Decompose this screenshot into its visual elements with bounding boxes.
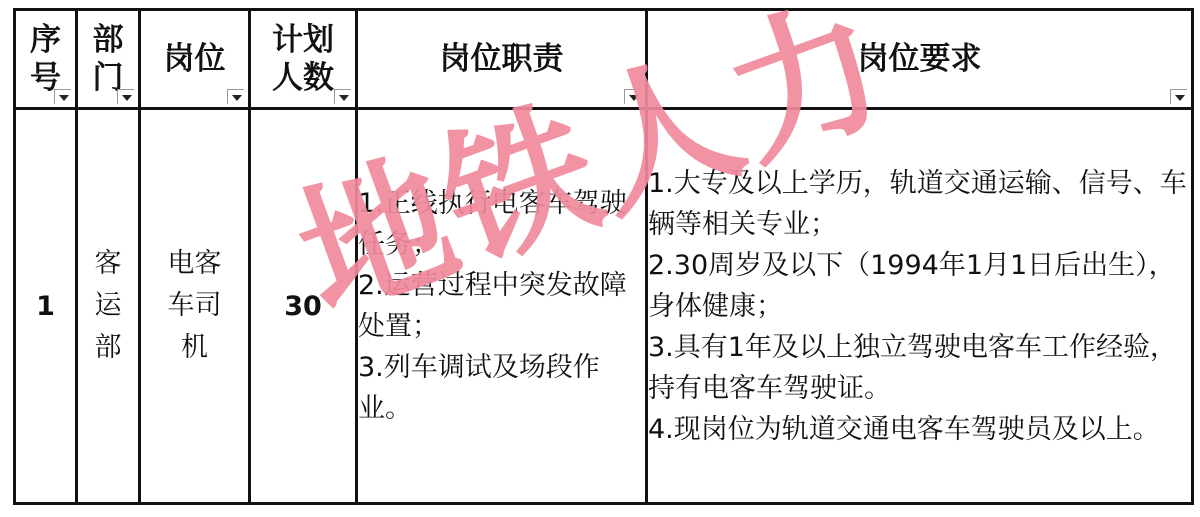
filter-dropdown-icon[interactable]: [624, 89, 641, 104]
header-planned-count: 计划人数: [250, 10, 357, 109]
header-dept-label: 部门: [93, 21, 124, 97]
cell-duties: 1.正线执行电客车驾驶任务； 2.运营过程中突发故障处置； 3.列车调试及场段作…: [357, 109, 647, 504]
filter-dropdown-icon[interactable]: [1170, 89, 1187, 104]
requirement-item: 2.30周岁及以下（1994年1月1日后出生），身体健康；: [648, 245, 1191, 327]
header-duties: 岗位职责: [357, 10, 647, 109]
header-requirements-label: 岗位要求: [858, 40, 982, 78]
duty-item: 1.正线执行电客车驾驶任务；: [358, 183, 645, 265]
header-row: 序号 部门 岗位 计划人数 岗位职责 岗位要求: [15, 10, 1193, 109]
duty-item: 2.运营过程中突发故障处置；: [358, 265, 645, 347]
cell-seq: 1: [15, 109, 77, 504]
header-duties-label: 岗位职责: [440, 40, 564, 78]
header-position: 岗位: [140, 10, 250, 109]
header-requirements: 岗位要求: [647, 10, 1193, 109]
requirement-item: 1.大专及以上学历，轨道交通运输、信号、车辆等相关专业；: [648, 163, 1191, 245]
filter-dropdown-icon[interactable]: [54, 89, 71, 104]
table-row: 1 客 运 部 电客 车司 机 30 1.正线执行电客车驾驶任务； 2.运营过程…: [15, 109, 1193, 504]
header-position-label: 岗位: [164, 40, 226, 78]
job-table: 序号 部门 岗位 计划人数 岗位职责 岗位要求: [13, 8, 1194, 505]
cell-requirements: 1.大专及以上学历，轨道交通运输、信号、车辆等相关专业； 2.30周岁及以下（1…: [647, 109, 1193, 504]
requirement-item: 3.具有1年及以上独立驾驶电客车工作经验，持有电客车驾驶证。: [648, 327, 1191, 409]
cell-dept: 客 运 部: [77, 109, 140, 504]
filter-dropdown-icon[interactable]: [227, 89, 244, 104]
filter-dropdown-icon[interactable]: [117, 89, 134, 104]
filter-dropdown-icon[interactable]: [334, 89, 351, 104]
requirement-item: 4.现岗位为轨道交通电客车驾驶员及以上。: [648, 409, 1191, 450]
header-dept: 部门: [77, 10, 140, 109]
duty-item: 3.列车调试及场段作业。: [358, 347, 645, 429]
cell-position: 电客 车司 机: [140, 109, 250, 504]
cell-planned-count: 30: [250, 109, 357, 504]
header-planned-label: 计划人数: [272, 21, 334, 97]
header-seq: 序号: [15, 10, 77, 109]
header-seq-label: 序号: [30, 21, 61, 97]
